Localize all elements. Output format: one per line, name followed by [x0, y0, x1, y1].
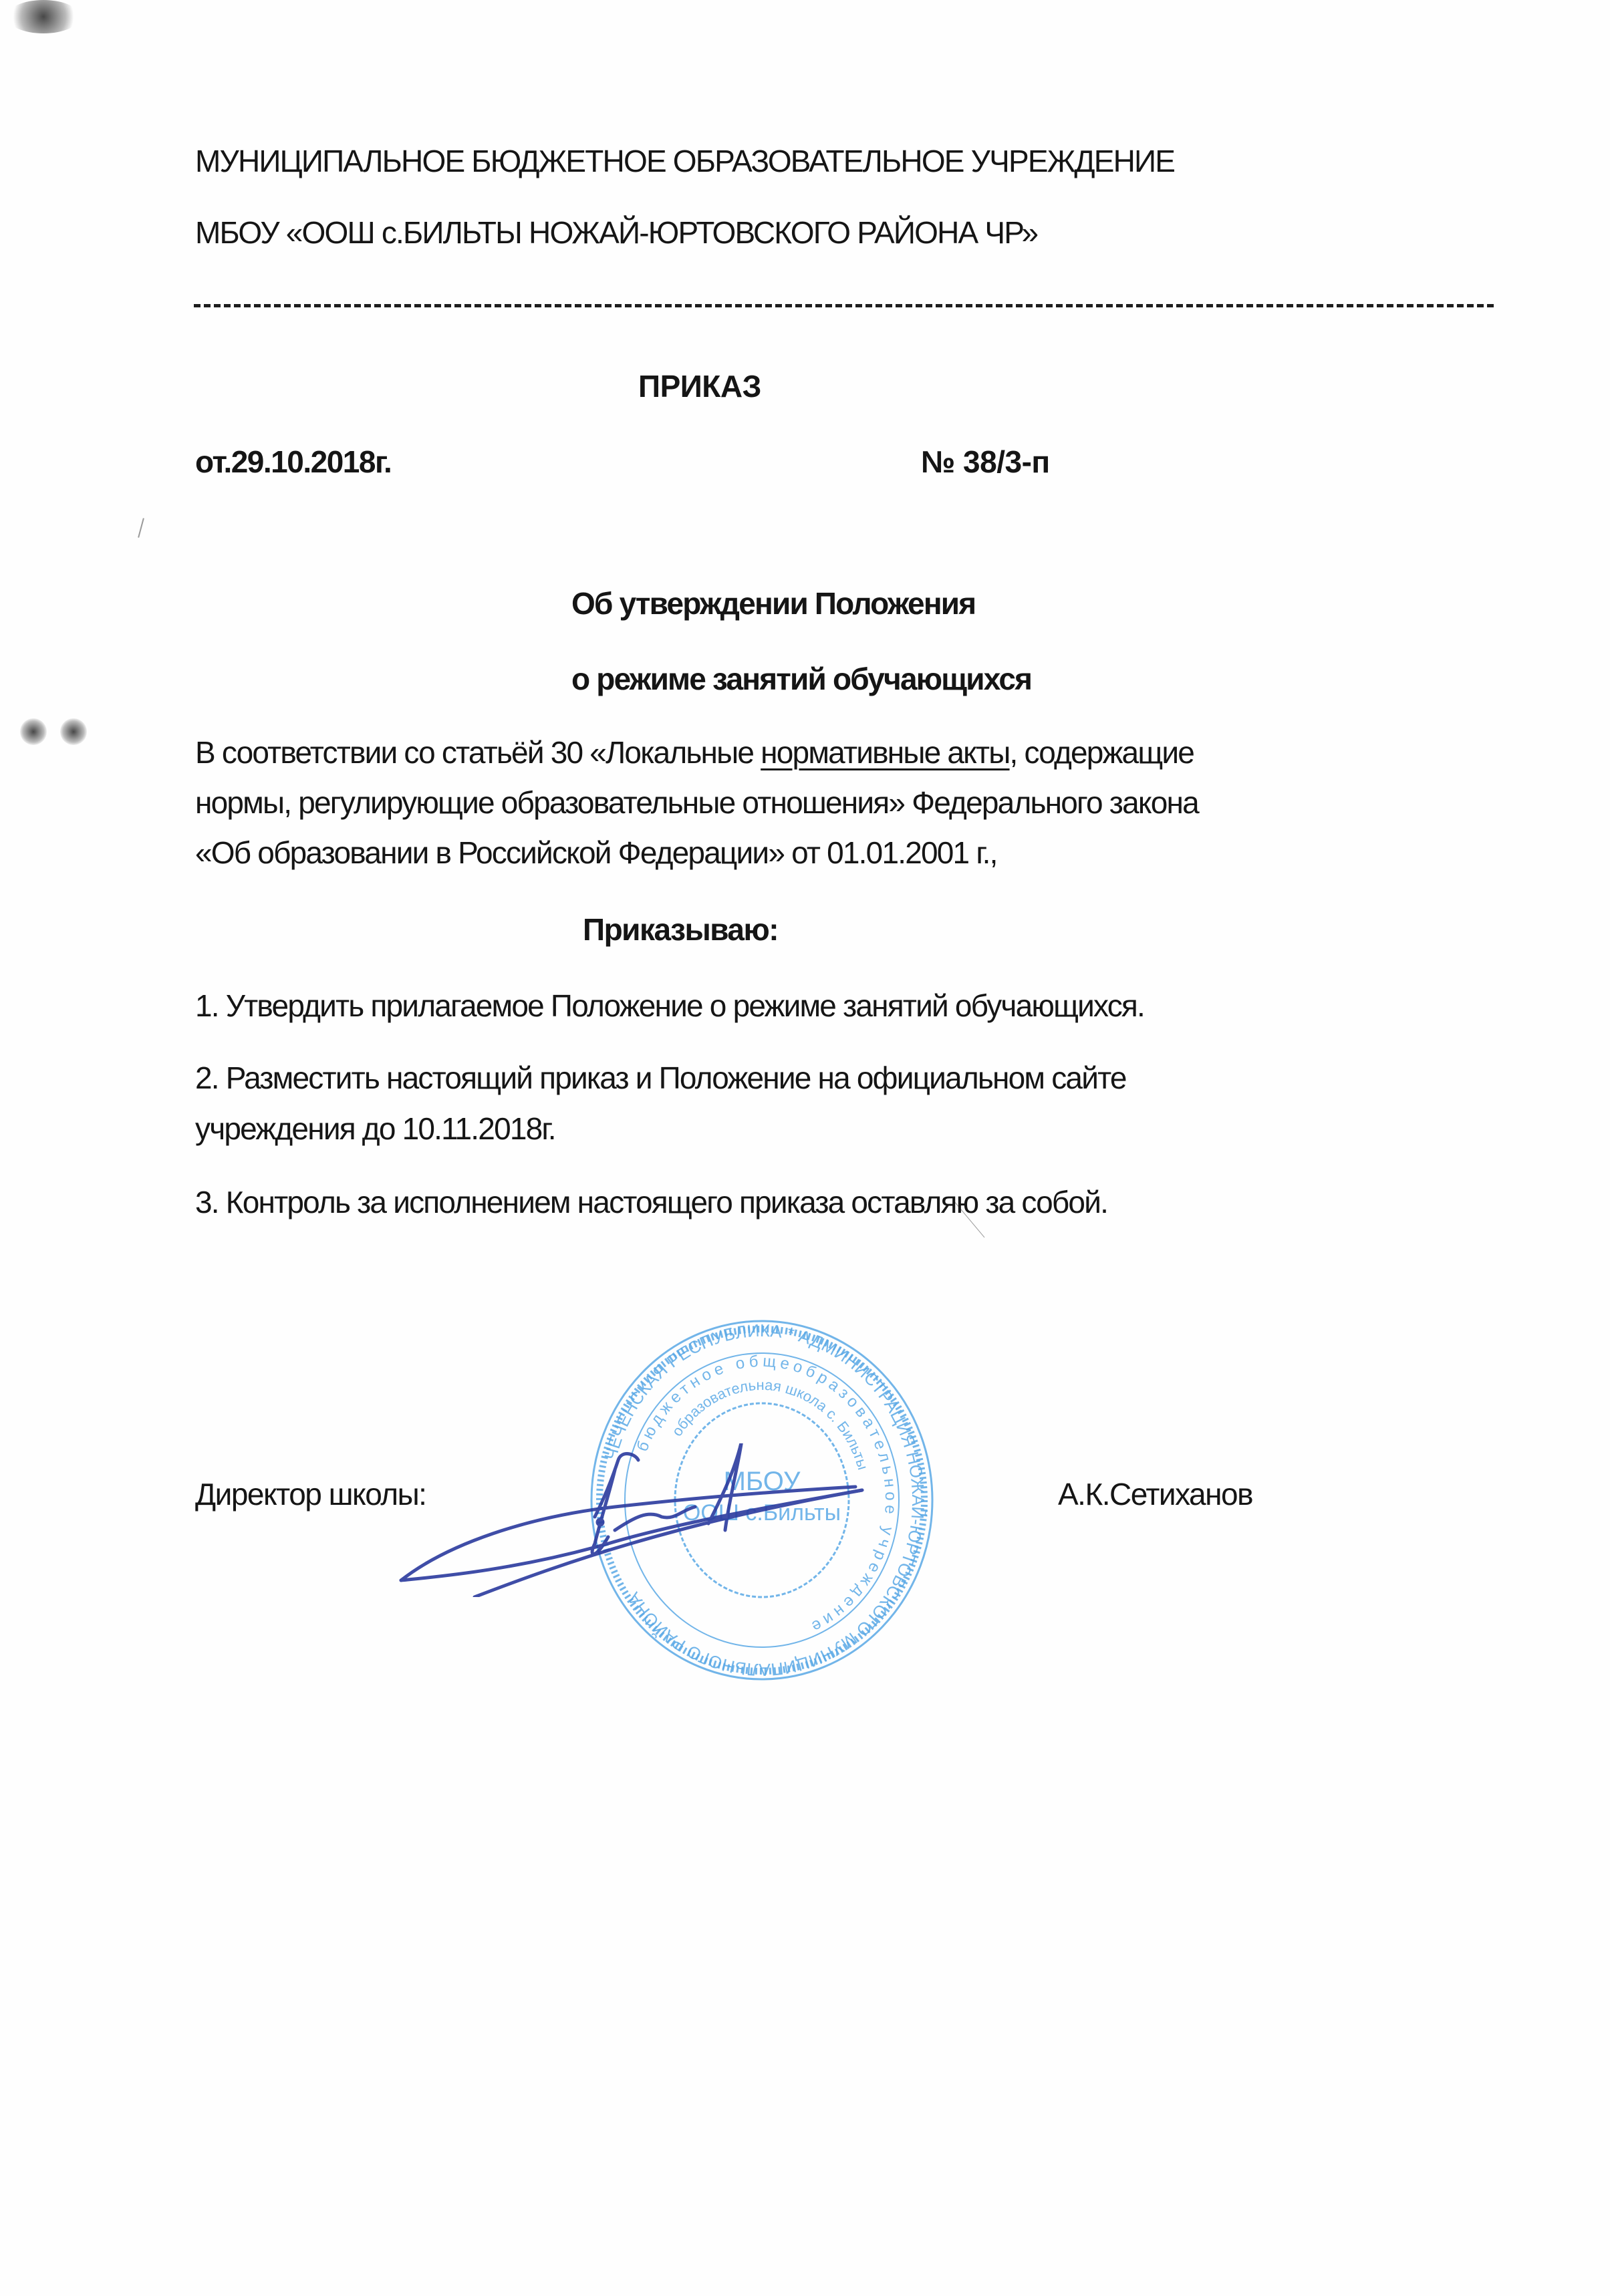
directive-heading: Приказываю:	[583, 914, 778, 945]
header-divider	[194, 304, 1494, 307]
subject-line-2: о режиме занятий обучающихся	[571, 664, 1031, 694]
order-title: ПРИКАЗ	[638, 371, 761, 402]
order-item-2-line-1: 2. Разместить настоящий приказ и Положен…	[195, 1062, 1126, 1093]
scan-mark	[138, 518, 144, 537]
order-date: от.29.10.2018г.	[195, 446, 391, 477]
order-number: № 38/3-п	[921, 446, 1050, 477]
preamble-line-2: нормы, регулирующие образовательные отно…	[195, 787, 1198, 818]
school-name: МБОУ «ООШ с.БИЛЬТЫ НОЖАЙ-ЮРТОВСКОГО РАЙО…	[195, 217, 1037, 248]
preamble-line-1: В соответствии со статьёй 30 «Локальные …	[195, 737, 1194, 768]
preamble-line-3: «Об образовании в Российской Федерации» …	[195, 837, 997, 868]
signatory-role: Директор школы:	[195, 1479, 426, 1510]
document-page: МУНИЦИПАЛЬНОЕ БЮДЖЕТНОЕ ОБРАЗОВАТЕЛЬНОЕ …	[0, 0, 1610, 2296]
signatory-name: А.К.Сетиханов	[1058, 1479, 1252, 1510]
order-item-1: 1. Утвердить прилагаемое Положение о реж…	[195, 990, 1144, 1021]
subject-line-1: Об утверждении Положения	[571, 588, 975, 619]
scan-smudge-top-left	[7, 0, 80, 33]
order-item-3: 3. Контроль за исполнением настоящего пр…	[195, 1187, 1107, 1217]
normative-acts-link[interactable]: нормативные акты	[761, 735, 1009, 770]
scan-smudge-left	[20, 718, 47, 745]
order-item-2-line-2: учреждения до 10.11.2018г.	[195, 1113, 555, 1144]
preamble-text: , содержащие	[1010, 735, 1194, 770]
scan-smudge-left-2	[60, 718, 87, 745]
institution-title: МУНИЦИПАЛЬНОЕ БЮДЖЕТНОЕ ОБРАЗОВАТЕЛЬНОЕ …	[195, 146, 1174, 176]
handwritten-signature-icon	[394, 1443, 876, 1597]
preamble-text: В соответствии со статьёй 30 «Локальные	[195, 735, 761, 770]
